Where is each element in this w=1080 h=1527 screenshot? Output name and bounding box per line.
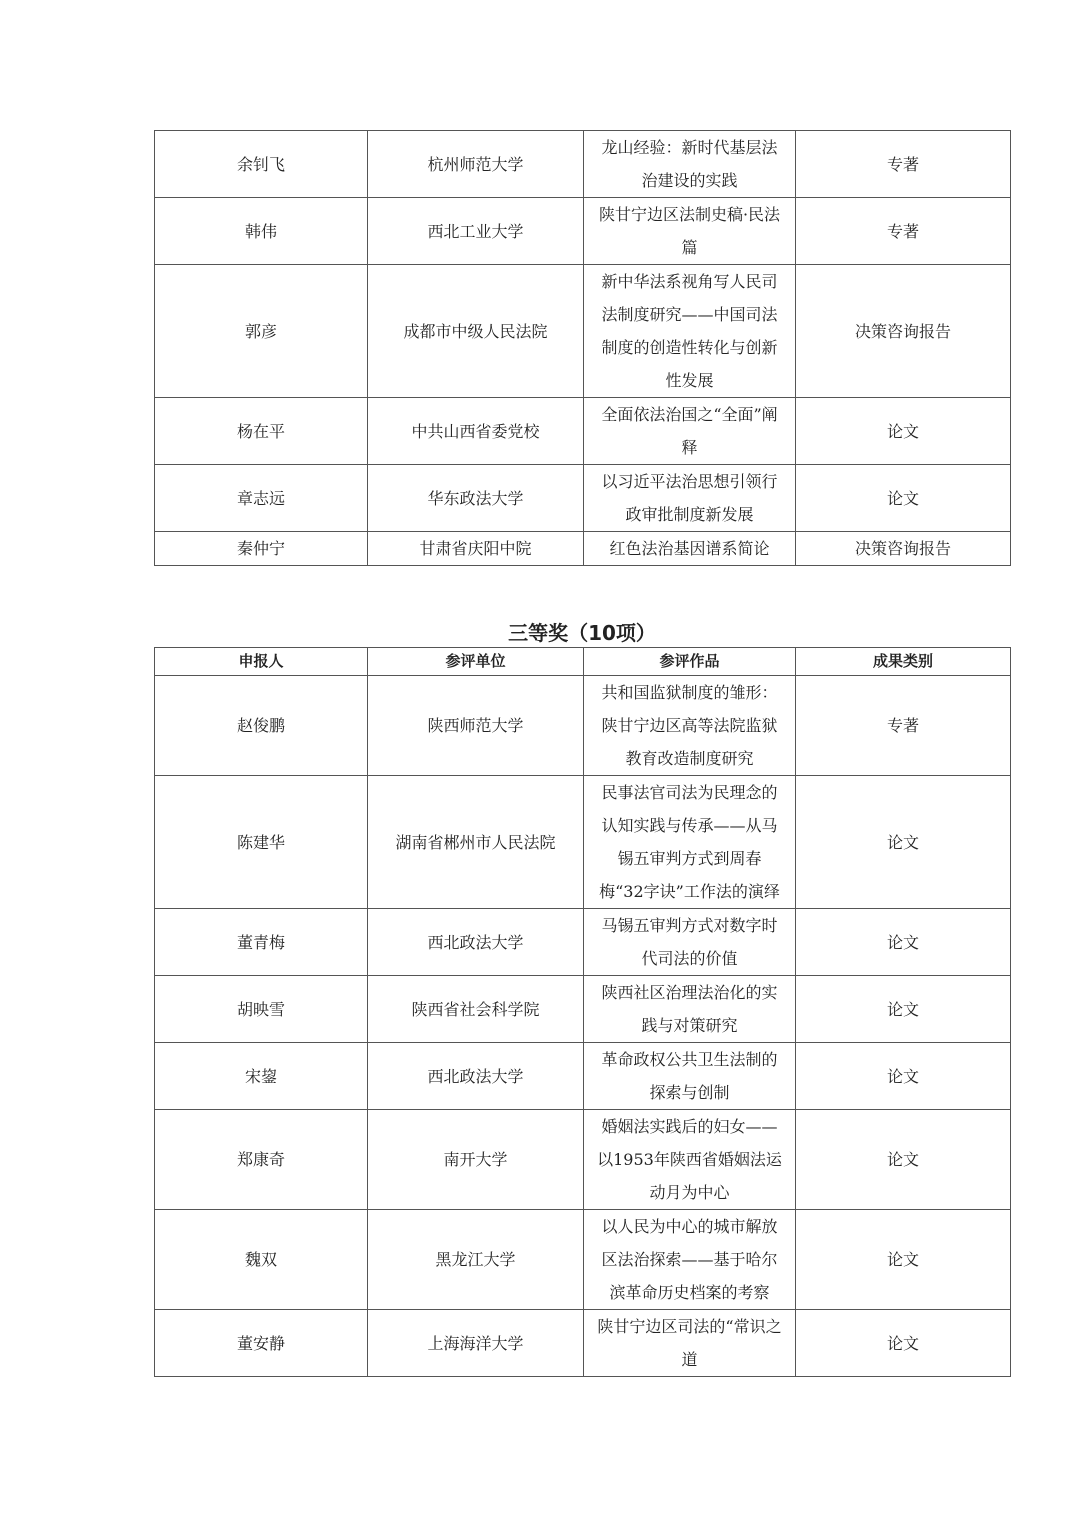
table-row: 陈建华湖南省郴州市人民法院民事法官司法为民理念的认知实践与传承——从马锡五审判方… [155, 776, 1011, 909]
category-cell: 专著 [796, 198, 1011, 265]
unit-cell: 西北工业大学 [368, 198, 584, 265]
table-row: 郭彦成都市中级人民法院新中华法系视角写人民司法制度研究——中国司法制度的创造性转… [155, 265, 1011, 398]
work-cell: 以习近平法治思想引领行政审批制度新发展 [584, 465, 796, 532]
table-row: 赵俊鹏陕西师范大学共和国监狱制度的雏形：陕甘宁边区高等法院监狱教育改造制度研究专… [155, 676, 1011, 776]
unit-cell: 杭州师范大学 [368, 131, 584, 198]
work-cell: 共和国监狱制度的雏形：陕甘宁边区高等法院监狱教育改造制度研究 [584, 676, 796, 776]
work-cell: 陕甘宁边区法制史稿·民法篇 [584, 198, 796, 265]
table-row: 董安静上海海洋大学陕甘宁边区司法的“常识之道论文 [155, 1310, 1011, 1377]
applicant-cell: 董安静 [155, 1310, 368, 1377]
header-unit: 参评单位 [368, 648, 584, 676]
table-row: 章志远华东政法大学以习近平法治思想引领行政审批制度新发展论文 [155, 465, 1011, 532]
applicant-cell: 韩伟 [155, 198, 368, 265]
work-cell: 民事法官司法为民理念的认知实践与传承——从马锡五审判方式到周春梅“32字诀”工作… [584, 776, 796, 909]
unit-cell: 华东政法大学 [368, 465, 584, 532]
unit-cell: 湖南省郴州市人民法院 [368, 776, 584, 909]
unit-cell: 陕西师范大学 [368, 676, 584, 776]
category-cell: 论文 [796, 976, 1011, 1043]
applicant-cell: 杨在平 [155, 398, 368, 465]
work-cell: 陕甘宁边区司法的“常识之道 [584, 1310, 796, 1377]
category-cell: 论文 [796, 398, 1011, 465]
applicant-cell: 郭彦 [155, 265, 368, 398]
header-category: 成果类别 [796, 648, 1011, 676]
applicant-cell: 宋鋆 [155, 1043, 368, 1110]
unit-cell: 南开大学 [368, 1110, 584, 1210]
category-cell: 论文 [796, 1310, 1011, 1377]
applicant-cell: 郑康奇 [155, 1110, 368, 1210]
applicant-cell: 秦仲宁 [155, 532, 368, 566]
category-cell: 论文 [796, 465, 1011, 532]
category-cell: 论文 [796, 1210, 1011, 1310]
table-row: 魏双黑龙江大学以人民为中心的城市解放区法治探索——基于哈尔滨革命历史档案的考察论… [155, 1210, 1011, 1310]
unit-cell: 西北政法大学 [368, 1043, 584, 1110]
work-cell: 婚姻法实践后的妇女——以1953年陕西省婚姻法运动月为中心 [584, 1110, 796, 1210]
category-cell: 决策咨询报告 [796, 532, 1011, 566]
work-cell: 陕西社区治理法治化的实践与对策研究 [584, 976, 796, 1043]
applicant-cell: 赵俊鹏 [155, 676, 368, 776]
header-applicant: 申报人 [155, 648, 368, 676]
category-cell: 决策咨询报告 [796, 265, 1011, 398]
work-cell: 龙山经验：新时代基层法治建设的实践 [584, 131, 796, 198]
category-cell: 专著 [796, 676, 1011, 776]
work-cell: 红色法治基因谱系简论 [584, 532, 796, 566]
table-row: 董青梅西北政法大学马锡五审判方式对数字时代司法的价值论文 [155, 909, 1011, 976]
third-prize-title: 三等奖（10项） [154, 617, 1010, 646]
work-cell: 革命政权公共卫生法制的探索与创制 [584, 1043, 796, 1110]
header-work: 参评作品 [584, 648, 796, 676]
unit-cell: 上海海洋大学 [368, 1310, 584, 1377]
work-cell: 全面依法治国之“全面”阐释 [584, 398, 796, 465]
unit-cell: 陕西省社会科学院 [368, 976, 584, 1043]
table-row: 余钊飞杭州师范大学龙山经验：新时代基层法治建设的实践专著 [155, 131, 1011, 198]
unit-cell: 黑龙江大学 [368, 1210, 584, 1310]
table-row: 韩伟西北工业大学陕甘宁边区法制史稿·民法篇专著 [155, 198, 1011, 265]
table-row: 秦仲宁甘肃省庆阳中院红色法治基因谱系简论决策咨询报告 [155, 532, 1011, 566]
third-prize-table: 申报人 参评单位 参评作品 成果类别 赵俊鹏陕西师范大学共和国监狱制度的雏形：陕… [154, 647, 1011, 1377]
table-row: 宋鋆西北政法大学革命政权公共卫生法制的探索与创制论文 [155, 1043, 1011, 1110]
table-row: 郑康奇南开大学婚姻法实践后的妇女——以1953年陕西省婚姻法运动月为中心论文 [155, 1110, 1011, 1210]
table-row: 杨在平中共山西省委党校全面依法治国之“全面”阐释论文 [155, 398, 1011, 465]
work-cell: 以人民为中心的城市解放区法治探索——基于哈尔滨革命历史档案的考察 [584, 1210, 796, 1310]
second-prize-table-continued: 余钊飞杭州师范大学龙山经验：新时代基层法治建设的实践专著韩伟西北工业大学陕甘宁边… [154, 130, 1011, 566]
applicant-cell: 董青梅 [155, 909, 368, 976]
unit-cell: 西北政法大学 [368, 909, 584, 976]
category-cell: 论文 [796, 776, 1011, 909]
category-cell: 论文 [796, 1043, 1011, 1110]
applicant-cell: 余钊飞 [155, 131, 368, 198]
applicant-cell: 章志远 [155, 465, 368, 532]
table-row: 胡映雪陕西省社会科学院陕西社区治理法治化的实践与对策研究论文 [155, 976, 1011, 1043]
applicant-cell: 胡映雪 [155, 976, 368, 1043]
work-cell: 马锡五审判方式对数字时代司法的价值 [584, 909, 796, 976]
table-header-row: 申报人 参评单位 参评作品 成果类别 [155, 648, 1011, 676]
applicant-cell: 陈建华 [155, 776, 368, 909]
work-cell: 新中华法系视角写人民司法制度研究——中国司法制度的创造性转化与创新性发展 [584, 265, 796, 398]
unit-cell: 甘肃省庆阳中院 [368, 532, 584, 566]
unit-cell: 成都市中级人民法院 [368, 265, 584, 398]
unit-cell: 中共山西省委党校 [368, 398, 584, 465]
category-cell: 专著 [796, 131, 1011, 198]
category-cell: 论文 [796, 1110, 1011, 1210]
applicant-cell: 魏双 [155, 1210, 368, 1310]
category-cell: 论文 [796, 909, 1011, 976]
